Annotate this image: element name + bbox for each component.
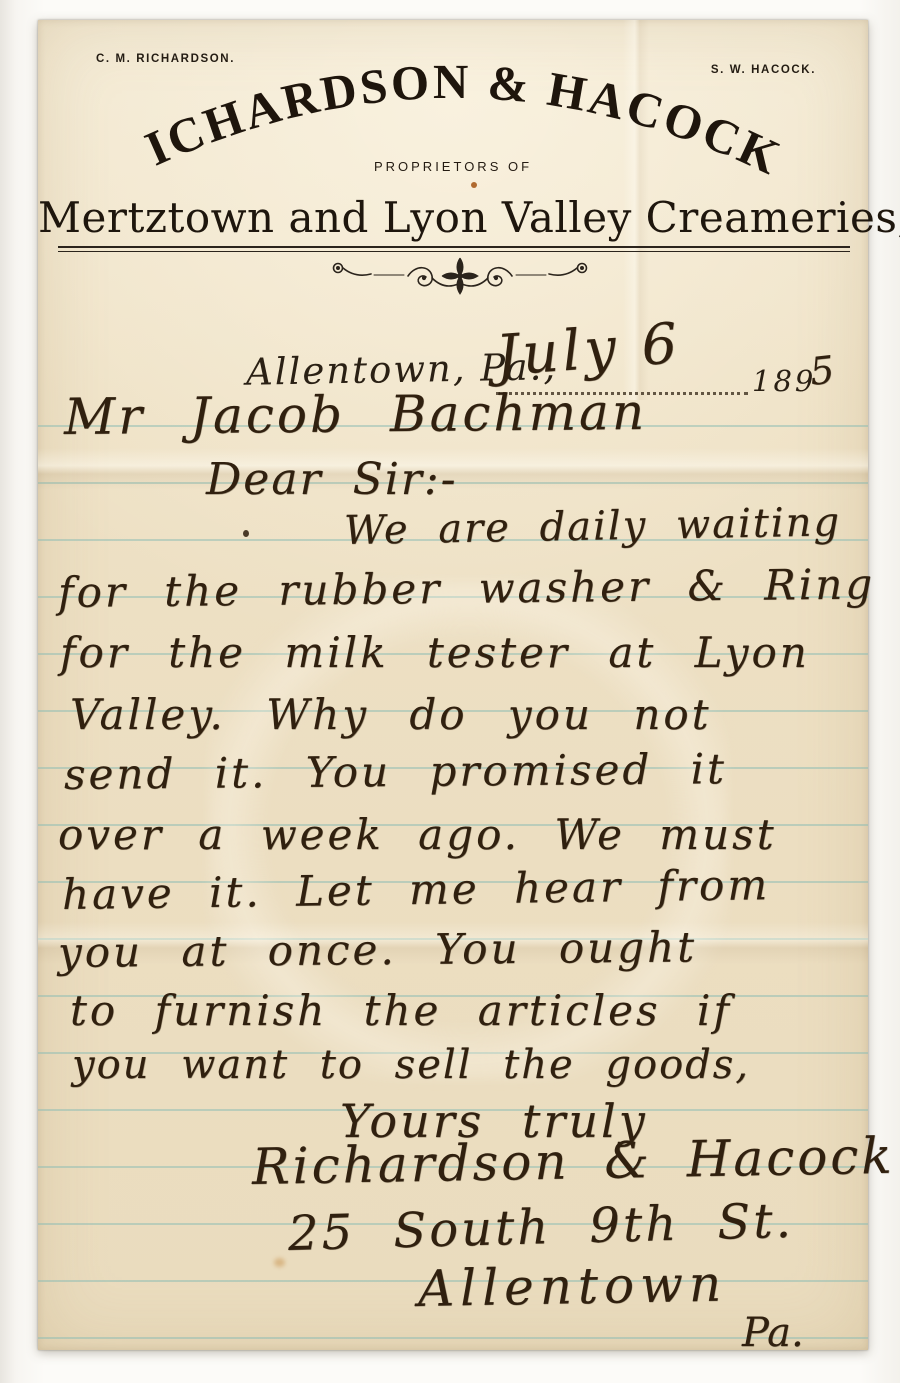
letter-paper: C. M. RICHARDSON. S. W. HACOCK. RICHARDS…: [38, 20, 868, 1350]
recipient-line: Mr Jacob Bachman: [64, 383, 648, 446]
body-line: for the milk tester at Lyon: [60, 628, 810, 677]
body-line: you at once. You ought: [58, 922, 697, 977]
divider-rule: [58, 246, 850, 252]
printed-year-prefix: 189: [752, 364, 816, 398]
body-line: Valley. Why do you not: [70, 690, 712, 739]
handwritten-date: July 6: [494, 311, 684, 389]
handwritten-year-digit: 5: [808, 348, 837, 394]
stain-dot: [471, 182, 477, 188]
city-line: Allentown: [417, 1255, 727, 1318]
partner-name-left: C. M. RICHARDSON.: [96, 53, 235, 65]
body-line: over a week ago. We must: [58, 810, 777, 859]
body-line: have it. Let me hear from: [62, 860, 771, 919]
body-line: We are daily waiting: [344, 499, 842, 554]
business-name: Mertztown and Lyon Valley Creameries,: [38, 193, 868, 242]
body-line: for the rubber washer & Ring: [58, 559, 876, 617]
signature-line: Richardson & Hacock: [251, 1127, 895, 1196]
address-line: 25 South 9th St.: [287, 1193, 794, 1262]
body-line: you want to sell the goods,: [72, 1042, 750, 1088]
salutation-line: Dear Sir:-: [206, 454, 458, 505]
state-line: Pa.: [742, 1310, 804, 1356]
paper-stain: [274, 1258, 285, 1267]
body-line: to furnish the articles if: [70, 986, 732, 1035]
proprietors-label: PROPRIETORS OF: [38, 159, 868, 174]
divider-ornament: [328, 254, 592, 298]
ink-speck: [243, 530, 249, 537]
body-line: send it. You promised it: [64, 744, 727, 799]
